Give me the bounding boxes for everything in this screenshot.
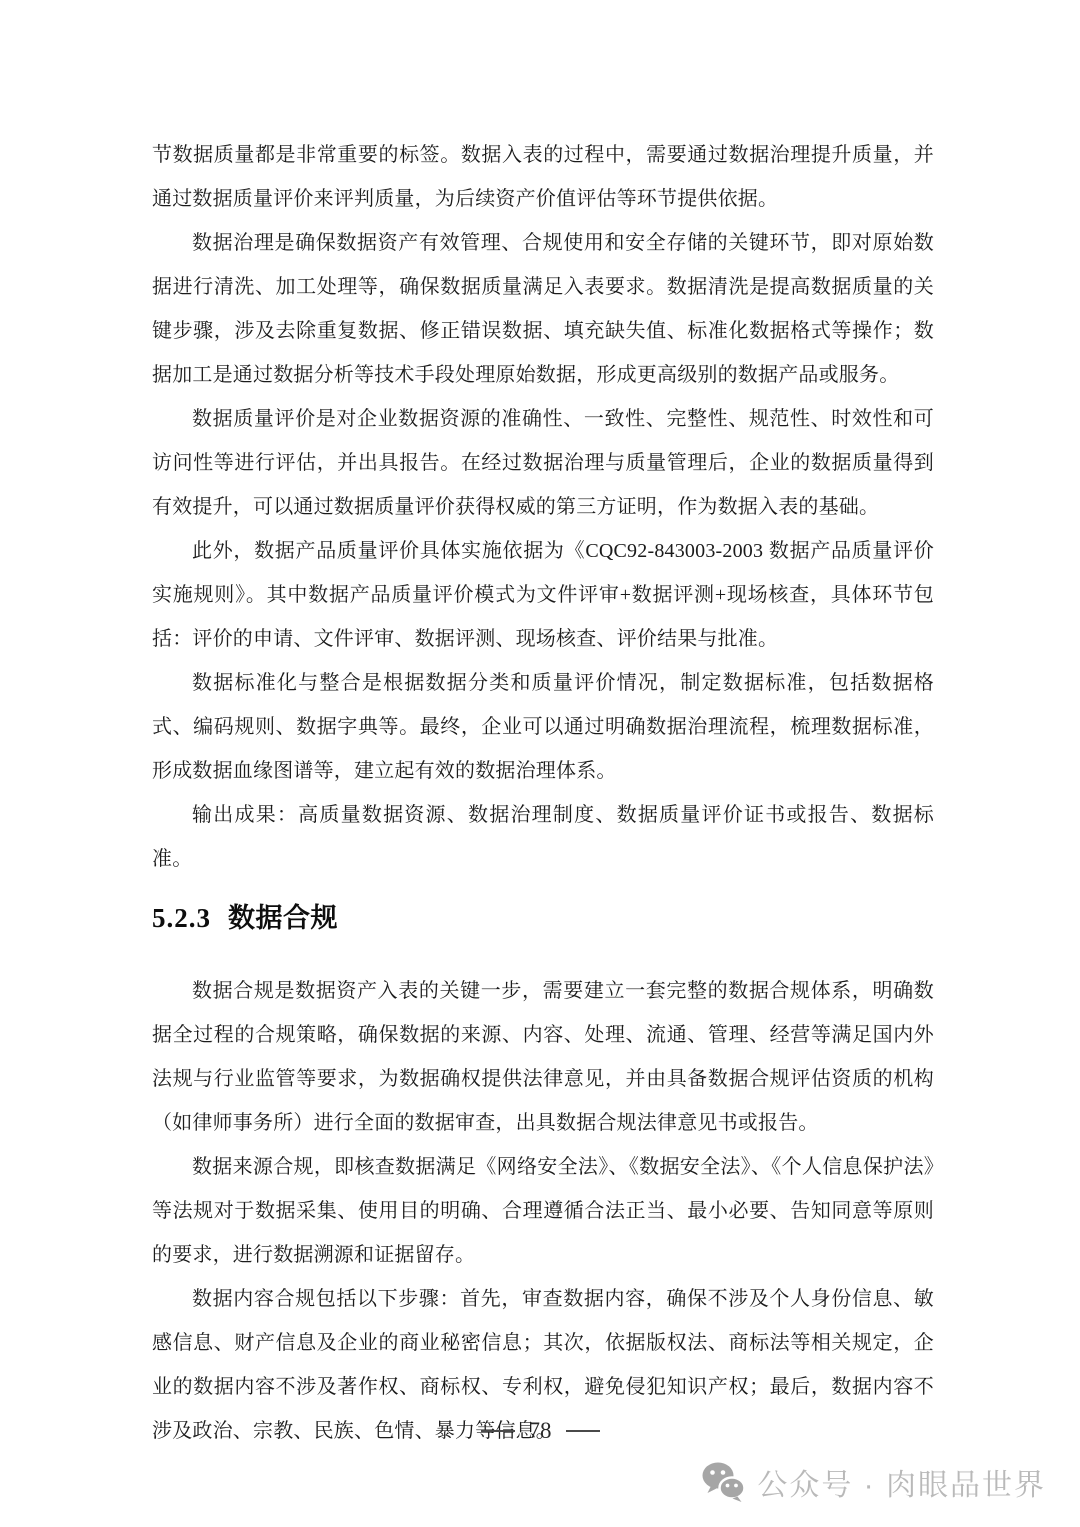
section-title: 数据合规 (228, 903, 338, 933)
section-number: 5.2.3 (152, 903, 211, 933)
page-footer: 78 (0, 1418, 1080, 1444)
body-paragraph: 数据合规是数据资产入表的关键一步，需要建立一套完整的数据合规体系，明确数据全过程… (152, 969, 934, 1145)
watermark-label: 公众号 · 肉眼品世界 (757, 1460, 1046, 1504)
body-paragraph: 数据质量评价是对企业数据资源的准确性、一致性、完整性、规范性、时效性和可访问性等… (152, 397, 934, 529)
body-paragraph: 此外，数据产品质量评价具体实施依据为《CQC92-843003-2003 数据产… (152, 529, 934, 661)
body-paragraph: 数据治理是确保数据资产有效管理、合规使用和安全存储的关键环节，即对原始数据进行清… (152, 221, 934, 397)
body-paragraph: 数据来源合规，即核查数据满足《网络安全法》、《数据安全法》、《个人信息保护法》等… (152, 1145, 934, 1277)
footer-dash-left (481, 1430, 515, 1432)
section-heading: 5.2.3数据合规 (152, 895, 934, 941)
watermark: 公众号 · 肉眼品世界 (701, 1460, 1046, 1504)
body-paragraph: 数据标准化与整合是根据数据分类和质量评价情况，制定数据标准，包括数据格式、编码规… (152, 661, 934, 793)
page-number: 78 (529, 1418, 552, 1443)
page-body: 节数据质量都是非常重要的标签。数据入表的过程中，需要通过数据治理提升质量，并通过… (152, 133, 934, 1453)
document-page: 节数据质量都是非常重要的标签。数据入表的过程中，需要通过数据治理提升质量，并通过… (0, 0, 1080, 1527)
body-paragraph: 节数据质量都是非常重要的标签。数据入表的过程中，需要通过数据治理提升质量，并通过… (152, 133, 934, 221)
footer-dash-right (566, 1430, 600, 1432)
body-paragraph: 输出成果：高质量数据资源、数据治理制度、数据质量评价证书或报告、数据标准。 (152, 793, 934, 881)
wechat-logo-icon (701, 1461, 745, 1503)
